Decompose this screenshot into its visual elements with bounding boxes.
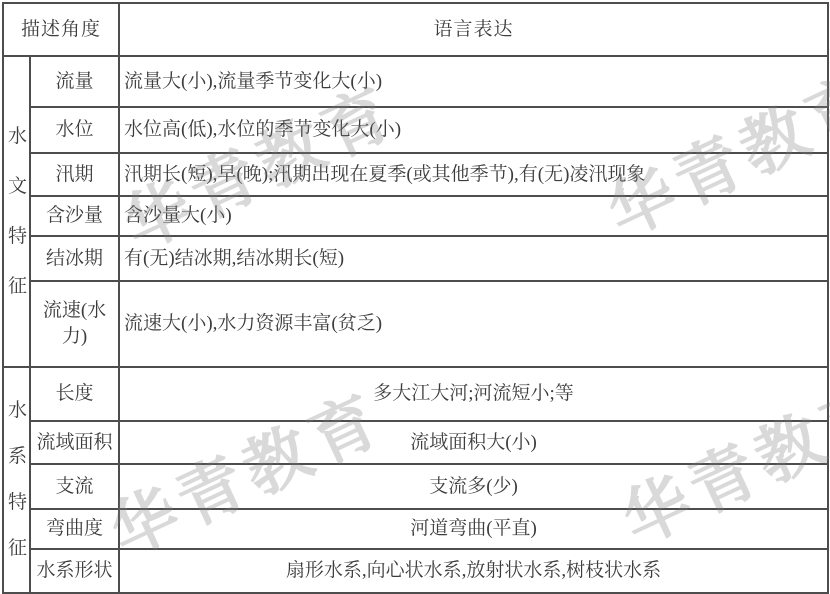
row-content-ice-period: 有(无)结冰期,结冰期长(短) <box>119 236 828 281</box>
row-content-basin-area: 流域面积大(小) <box>119 421 828 464</box>
group-cell-hydrological-features: 水文特征 <box>3 56 30 367</box>
row-label-sediment: 含沙量 <box>30 196 119 236</box>
table-row: 汛期 汛期长(短),早(晚);汛期出现在夏季(或其他季节),有(无)凌汛现象 <box>3 153 828 196</box>
row-label-tributaries: 支流 <box>30 464 119 509</box>
row-content-sediment: 含沙量大(小) <box>119 196 828 236</box>
table-header-row: 描述角度 语言表达 <box>3 3 828 56</box>
row-label-flood-season: 汛期 <box>30 153 119 196</box>
row-label-water-level: 水位 <box>30 107 119 153</box>
row-content-tributaries: 支流多(少) <box>119 464 828 509</box>
table-row: 流域面积 流域面积大(小) <box>3 421 828 464</box>
table-row: 水位 水位高(低),水位的季节变化大(小) <box>3 107 828 153</box>
row-label-flow-volume: 流量 <box>30 56 119 107</box>
table-row: 水系形状 扇形水系,向心状水系,放射状水系,树枝状水系 <box>3 549 828 593</box>
river-features-table: 描述角度 语言表达 水文特征 流量 流量大(小),流量季节变化大(小) 水位 水… <box>2 2 829 594</box>
table-row: 流速(水力) 流速大(小),水力资源丰富(贫乏) <box>3 281 828 367</box>
document-page: 描述角度 语言表达 水文特征 流量 流量大(小),流量季节变化大(小) 水位 水… <box>0 0 830 594</box>
table-row: 水系特征 长度 多大江大河;河流短小;等 <box>3 367 828 421</box>
row-label-basin-area: 流域面积 <box>30 421 119 464</box>
row-content-flow-volume: 流量大(小),流量季节变化大(小) <box>119 56 828 107</box>
group-cell-river-system-features: 水系特征 <box>3 367 30 593</box>
row-content-system-shape: 扇形水系,向心状水系,放射状水系,树枝状水系 <box>119 549 828 593</box>
header-cell-describe-angle: 描述角度 <box>3 3 119 56</box>
row-label-ice-period: 结冰期 <box>30 236 119 281</box>
table-row: 支流 支流多(少) <box>3 464 828 509</box>
row-label-flow-speed: 流速(水力) <box>30 281 119 367</box>
header-cell-language-expression: 语言表达 <box>119 3 828 56</box>
row-content-water-level: 水位高(低),水位的季节变化大(小) <box>119 107 828 153</box>
table-row: 水文特征 流量 流量大(小),流量季节变化大(小) <box>3 56 828 107</box>
row-content-curvature: 河道弯曲(平直) <box>119 509 828 549</box>
table-row: 含沙量 含沙量大(小) <box>3 196 828 236</box>
row-content-flow-speed: 流速大(小),水力资源丰富(贫乏) <box>119 281 828 367</box>
row-label-system-shape: 水系形状 <box>30 549 119 593</box>
row-label-length: 长度 <box>30 367 119 421</box>
table-row: 弯曲度 河道弯曲(平直) <box>3 509 828 549</box>
row-content-length: 多大江大河;河流短小;等 <box>119 367 828 421</box>
row-content-flood-season: 汛期长(短),早(晚);汛期出现在夏季(或其他季节),有(无)凌汛现象 <box>119 153 828 196</box>
row-label-curvature: 弯曲度 <box>30 509 119 549</box>
table-row: 结冰期 有(无)结冰期,结冰期长(短) <box>3 236 828 281</box>
